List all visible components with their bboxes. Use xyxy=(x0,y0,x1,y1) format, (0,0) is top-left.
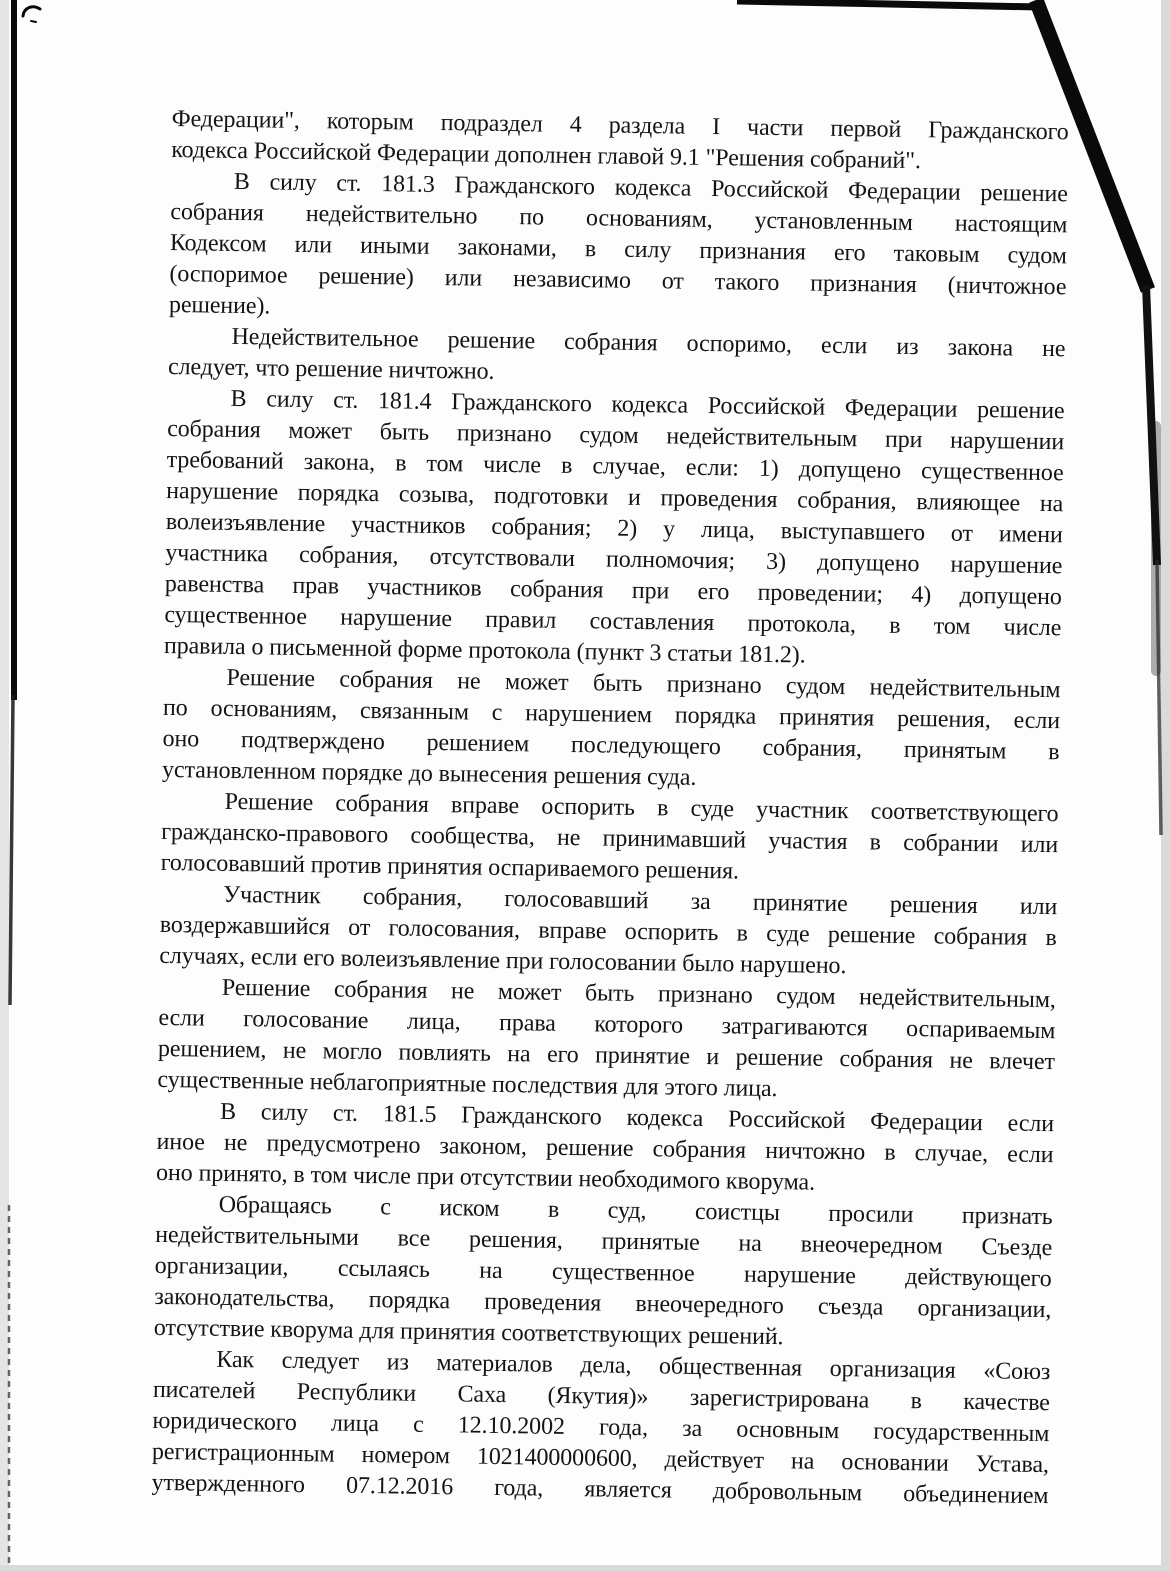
pen-mark-icon xyxy=(23,7,40,16)
top-scan-border xyxy=(737,1,1038,7)
text-paragraph: Решение собрания не может быть признано … xyxy=(162,662,1061,799)
scrollbar-thumb[interactable] xyxy=(1151,421,1161,676)
bottom-bar xyxy=(0,1565,1170,1571)
text-paragraph: В силу ст. 181.3 Гражданского кодекса Ро… xyxy=(169,166,1068,334)
scan-outer-edge-strip xyxy=(0,0,9,1571)
screenshot-root: { "document": { "kind": "scanned-court-d… xyxy=(0,0,1170,1571)
scrollbar-track[interactable] xyxy=(1161,0,1170,1571)
text-paragraph: Как следует из материалов дела, обществе… xyxy=(151,1344,1050,1512)
text-paragraph: В силу ст. 181.4 Гражданского кодекса Ро… xyxy=(164,383,1065,675)
document-text: Федерации", которым подраздел 4 раздела … xyxy=(151,104,1069,1512)
scanned-page: Федерации", которым подраздел 4 раздела … xyxy=(151,104,1069,1512)
pen-mark-dot xyxy=(31,21,36,22)
text-paragraph: Решение собрания вправе оспорить в суде … xyxy=(161,786,1059,892)
text-paragraph: В силу ст. 181.5 Гражданского кодекса Ро… xyxy=(156,1096,1054,1202)
text-paragraph: Обращаясь с иском в суд, соистцы просили… xyxy=(154,1189,1053,1357)
text-paragraph: Участник собрания, голосовавший за приня… xyxy=(159,879,1057,985)
left-scan-line-taper xyxy=(10,695,13,1005)
text-paragraph: Решение собрания не может быть признано … xyxy=(157,972,1056,1109)
